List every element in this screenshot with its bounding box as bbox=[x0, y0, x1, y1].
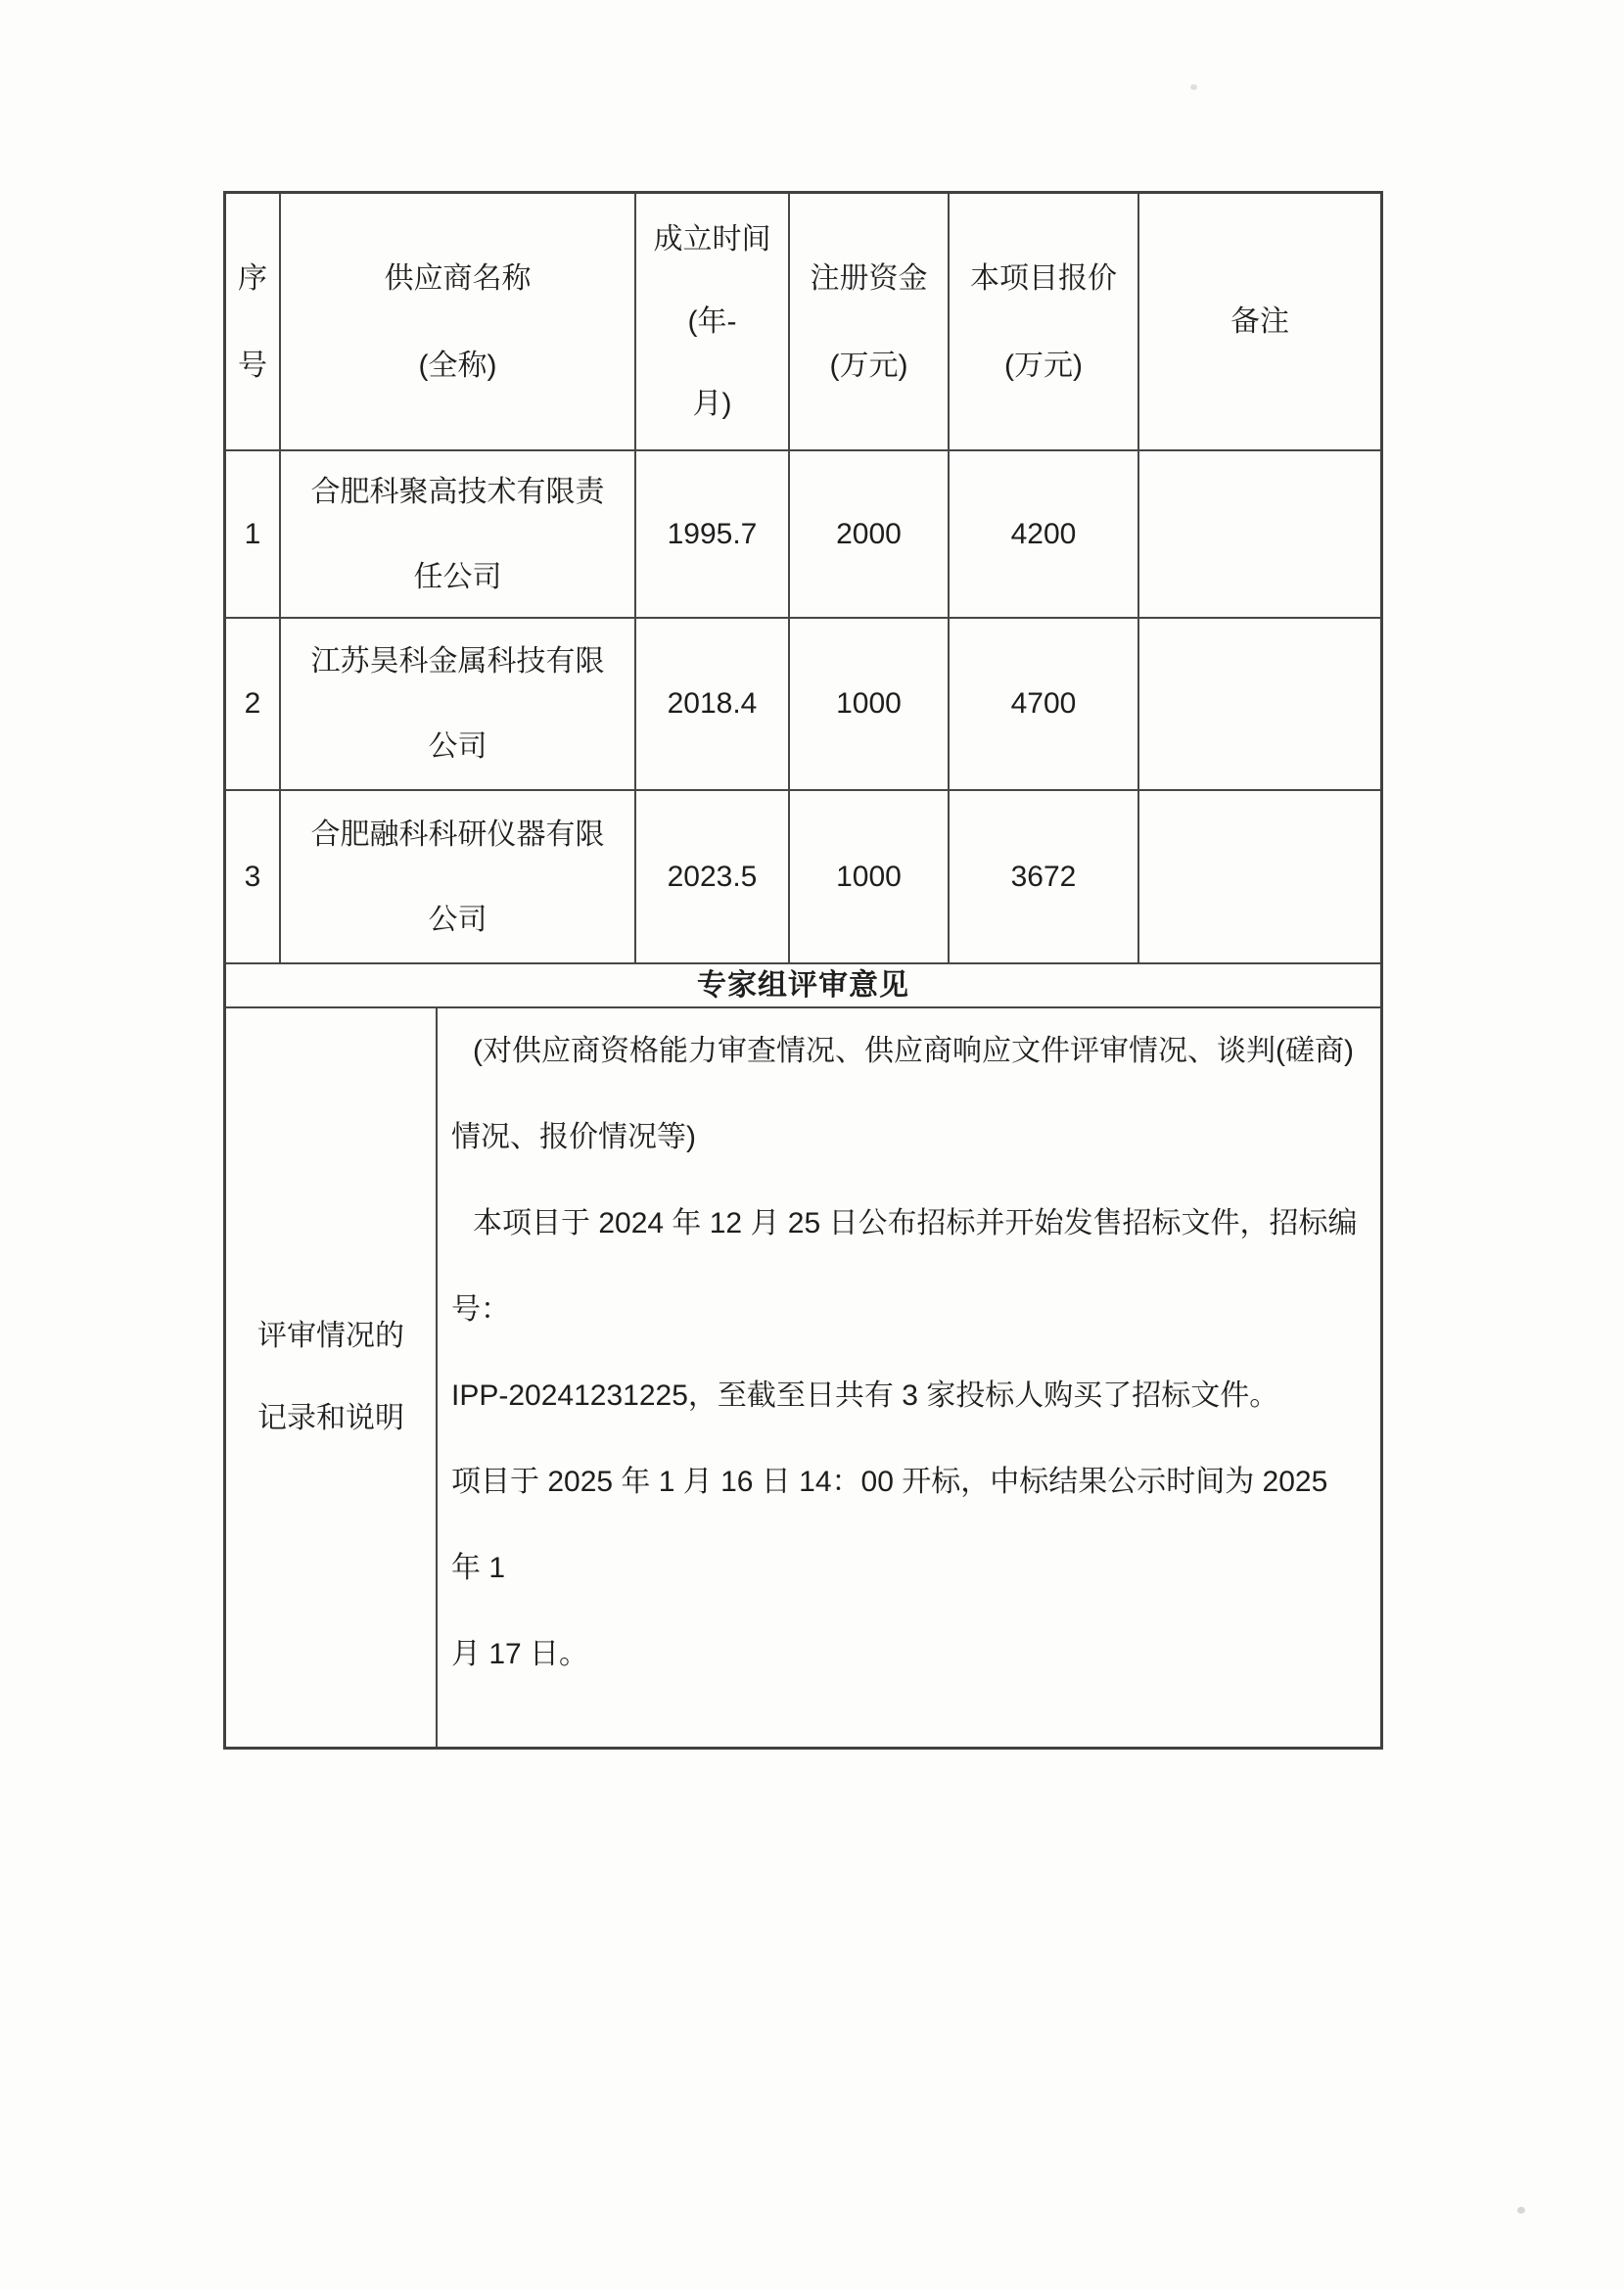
scan-speck-bottom bbox=[1517, 2207, 1525, 2214]
row3-remark bbox=[1139, 791, 1380, 962]
table-row-supplier-3: 3 合肥融科科研仪器有限 公司 2023.5 1000 3672 bbox=[226, 791, 1380, 964]
row3-registered-capital: 1000 bbox=[790, 791, 950, 962]
row2-project-bid: 4700 bbox=[950, 619, 1139, 789]
row2-index: 2 bbox=[226, 619, 281, 789]
row2-founded-date: 2018.4 bbox=[636, 619, 790, 789]
review-line-6: 月 17 日。 bbox=[451, 1612, 1363, 1698]
header-founded-date: 成立时间 (年- 月) bbox=[636, 194, 790, 449]
expert-opinion-title: 专家组评审意见 bbox=[226, 964, 1380, 1006]
document-page: 序 号 供应商名称 (全称) 成立时间 (年- 月) 注册资金 (万元) 本项目… bbox=[0, 0, 1624, 2290]
header-supplier-name: 供应商名称 (全称) bbox=[281, 194, 636, 449]
row2-registered-capital: 1000 bbox=[790, 619, 950, 789]
header-index: 序 号 bbox=[226, 194, 281, 449]
row3-supplier-name: 合肥融科科研仪器有限 公司 bbox=[281, 791, 636, 962]
row3-project-bid: 3672 bbox=[950, 791, 1139, 962]
row1-registered-capital: 2000 bbox=[790, 451, 950, 617]
review-line-3: 本项目于 2024 年 12 月 25 日公布招标并开始发售招标文件，招标编号： bbox=[451, 1181, 1363, 1353]
row3-founded-date: 2023.5 bbox=[636, 791, 790, 962]
review-line-4: IPP-20241231225，至截至日共有 3 家投标人购买了招标文件。 bbox=[451, 1353, 1363, 1439]
row2-remark bbox=[1139, 619, 1380, 789]
table-row-supplier-2: 2 江苏昊科金属科技有限 公司 2018.4 1000 4700 bbox=[226, 619, 1380, 791]
scan-speck-top bbox=[1190, 84, 1197, 90]
review-record-label: 评审情况的 记录和说明 bbox=[226, 1008, 438, 1747]
row2-supplier-name: 江苏昊科金属科技有限 公司 bbox=[281, 619, 636, 789]
header-remark: 备注 bbox=[1139, 194, 1380, 449]
header-project-bid: 本项目报价 (万元) bbox=[950, 194, 1139, 449]
review-record-content: (对供应商资格能力审查情况、供应商响应文件评审情况、谈判(磋商) 情况、报价情况… bbox=[438, 1008, 1380, 1747]
row3-index: 3 bbox=[226, 791, 281, 962]
bid-evaluation-table: 序 号 供应商名称 (全称) 成立时间 (年- 月) 注册资金 (万元) 本项目… bbox=[223, 191, 1383, 1750]
row1-supplier-name: 合肥科聚高技术有限责 任公司 bbox=[281, 451, 636, 617]
header-registered-capital: 注册资金 (万元) bbox=[790, 194, 950, 449]
expert-opinion-header-row: 专家组评审意见 bbox=[226, 964, 1380, 1008]
table-header-row: 序 号 供应商名称 (全称) 成立时间 (年- 月) 注册资金 (万元) 本项目… bbox=[226, 194, 1380, 451]
row1-project-bid: 4200 bbox=[950, 451, 1139, 617]
row1-remark bbox=[1139, 451, 1380, 617]
review-line-1: (对供应商资格能力审查情况、供应商响应文件评审情况、谈判(磋商) bbox=[451, 1008, 1363, 1095]
table-row-supplier-1: 1 合肥科聚高技术有限责 任公司 1995.7 2000 4200 bbox=[226, 451, 1380, 619]
row1-founded-date: 1995.7 bbox=[636, 451, 790, 617]
review-record-row: 评审情况的 记录和说明 (对供应商资格能力审查情况、供应商响应文件评审情况、谈判… bbox=[226, 1008, 1380, 1747]
review-line-2: 情况、报价情况等) bbox=[451, 1095, 1363, 1181]
row1-index: 1 bbox=[226, 451, 281, 617]
review-line-5: 项目于 2025 年 1 月 16 日 14：00 开标，中标结果公示时间为 2… bbox=[451, 1439, 1363, 1612]
